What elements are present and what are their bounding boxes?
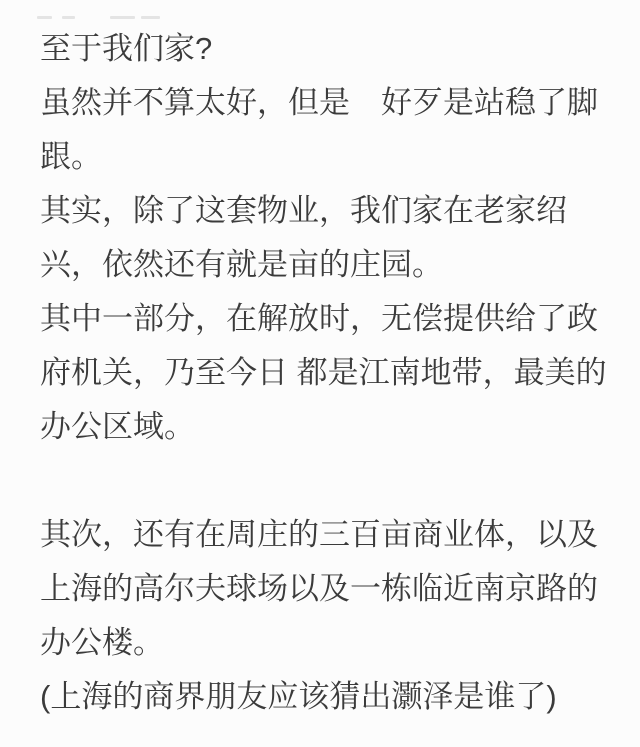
text-line: 兴，依然还有就是亩的庄园。 — [40, 238, 602, 292]
text-line: 其次，还有在周庄的三百亩商业体，以及 — [40, 508, 602, 562]
article-screenshot: { "page": { "background_color": "#fcfcfc… — [0, 0, 640, 747]
paragraph-spacer — [40, 454, 602, 508]
article-body: 至于我们家? 虽然并不算太好，但是 好歹是站稳了脚 跟。 其实，除了这套物业，我… — [0, 0, 640, 747]
text-line: 跟。 — [40, 130, 602, 184]
text-line: 府机关，乃至今日 都是江南地带，最美的 — [40, 346, 602, 400]
text-line: (上海的商界朋友应该猜出灏泽是谁了) — [40, 670, 602, 724]
text-line: 办公区域。 — [40, 400, 602, 454]
text-line: 其实，除了这套物业，我们家在老家绍 — [40, 184, 602, 238]
text-line: 上海的高尔夫球场以及一栋临近南京路的 — [40, 562, 602, 616]
text-line: 其中一部分，在解放时，无偿提供给了政 — [40, 292, 602, 346]
text-line: 办公楼。 — [40, 616, 602, 670]
text-line: 至于我们家? — [40, 22, 602, 76]
text-line: 虽然并不算太好，但是 好歹是站稳了脚 — [40, 76, 602, 130]
